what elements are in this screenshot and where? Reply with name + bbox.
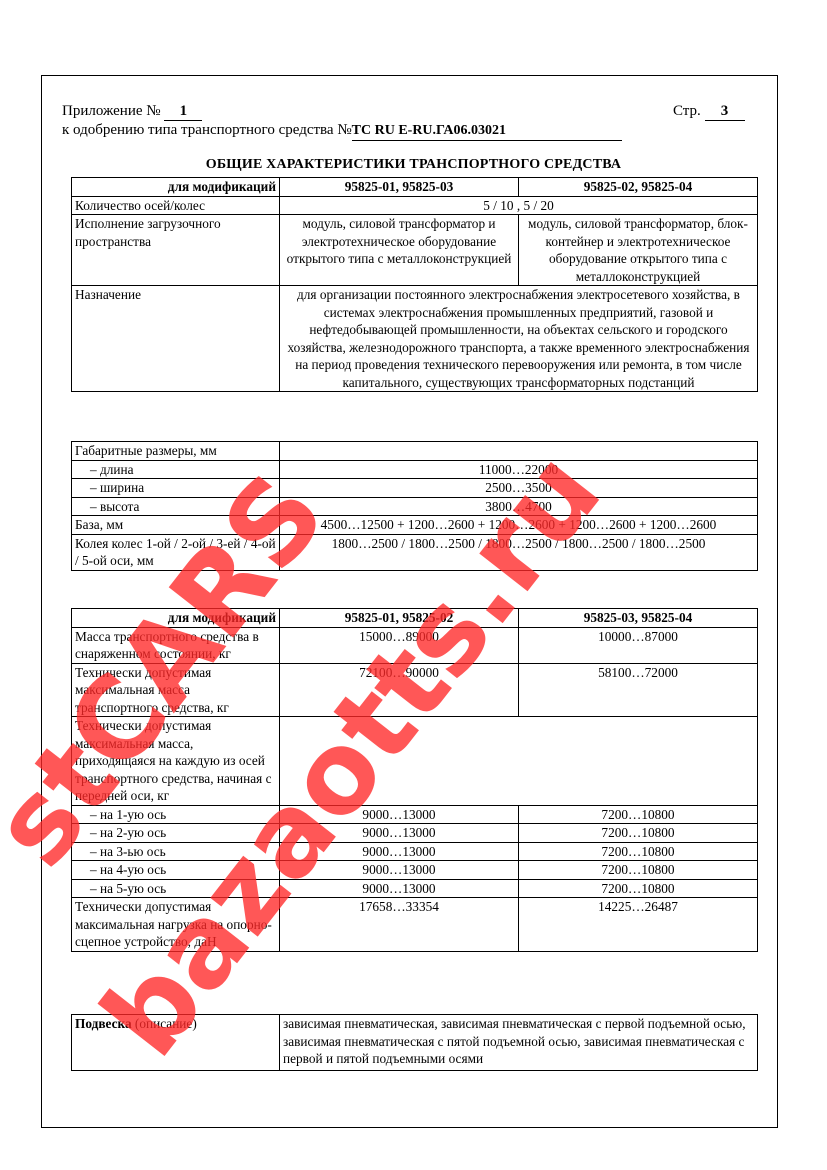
row-value: 58100…72000 xyxy=(519,663,758,717)
row-label: – на 5-ую ось xyxy=(72,879,280,898)
table-row: Исполнение загрузочного пространства мод… xyxy=(72,215,758,286)
row-label: База, мм xyxy=(72,516,280,535)
dimensions-table: Габаритные размеры, мм – длина 11000…220… xyxy=(71,441,758,571)
row-value: 2500…3500 xyxy=(280,479,758,498)
row-value: 7200…10800 xyxy=(519,824,758,843)
row-label: Подвеска (описание) xyxy=(72,1015,280,1071)
row-value: 9000…13000 xyxy=(280,879,519,898)
table-row: Назначение для организации постоянного э… xyxy=(72,286,758,392)
row-label: – на 4-ую ось xyxy=(72,861,280,880)
row-label: Технически допустимая максимальная масса… xyxy=(72,717,280,806)
page-line: Стр. 3 xyxy=(673,102,745,121)
row-value: 7200…10800 xyxy=(519,879,758,898)
row-value: 7200…10800 xyxy=(519,861,758,880)
row-label: Назначение xyxy=(72,286,280,392)
row-value: 9000…13000 xyxy=(280,842,519,861)
table-row: Колея колес 1-ой / 2-ой / 3-ей / 4-ой / … xyxy=(72,534,758,570)
row-value: для организации постоянного электроснабж… xyxy=(280,286,758,392)
row-label: – высота xyxy=(72,497,280,516)
table-row: Количество осей/колес 5 / 10 , 5 / 20 xyxy=(72,196,758,215)
mass-table: для модификаций 95825-01, 95825-02 95825… xyxy=(71,608,758,952)
row-value: 9000…13000 xyxy=(280,824,519,843)
table-header-row: для модификаций 95825-01, 95825-02 95825… xyxy=(72,609,758,628)
approval-label: к одобрению типа транспортного средства … xyxy=(62,122,352,138)
suspension-label-bold: Подвеска xyxy=(75,1016,132,1031)
header-cell: 95825-01, 95825-03 xyxy=(280,178,519,197)
row-label: Габаритные размеры, мм xyxy=(72,442,280,461)
row-value: 9000…13000 xyxy=(280,861,519,880)
table-row: – ширина 2500…3500 xyxy=(72,479,758,498)
table-header-row: для модификаций 95825-01, 95825-03 95825… xyxy=(72,178,758,197)
table-row: – на 1-ую ось 9000…13000 7200…10800 xyxy=(72,805,758,824)
table-row: Технически допустимая максимальная масса… xyxy=(72,663,758,717)
page-label: Стр. xyxy=(673,103,701,119)
row-label: Технически допустимая максимальная нагру… xyxy=(72,898,280,952)
row-value: 1800…2500 / 1800…2500 / 1800…2500 / 1800… xyxy=(280,534,758,570)
table-row: – длина 11000…22000 xyxy=(72,460,758,479)
row-value: 4500…12500 + 1200…2600 + 1200…2600 + 120… xyxy=(280,516,758,535)
row-label: Технически допустимая максимальная масса… xyxy=(72,663,280,717)
approval-number: ТС RU E-RU.ГА06.03021 xyxy=(352,122,622,141)
suspension-label-rest: (описание) xyxy=(132,1016,197,1031)
table-row: – на 5-ую ось 9000…13000 7200…10800 xyxy=(72,879,758,898)
row-value: 15000…89000 xyxy=(280,627,519,663)
row-label: Количество осей/колес xyxy=(72,196,280,215)
row-value: 72100…90000 xyxy=(280,663,519,717)
appendix-label: Приложение № xyxy=(62,103,161,119)
row-value: 10000…87000 xyxy=(519,627,758,663)
row-label: – длина xyxy=(72,460,280,479)
table-row: Технически допустимая максимальная масса… xyxy=(72,717,758,806)
row-label: – на 2-ую ось xyxy=(72,824,280,843)
row-value: 14225…26487 xyxy=(519,898,758,952)
table-row: База, мм 4500…12500 + 1200…2600 + 1200…2… xyxy=(72,516,758,535)
appendix-number: 1 xyxy=(164,102,202,121)
table-row: – высота 3800…4700 xyxy=(72,497,758,516)
row-value: зависимая пневматическая, зависимая пнев… xyxy=(280,1015,758,1071)
row-value xyxy=(280,717,758,806)
table-row: Подвеска (описание) зависимая пневматиче… xyxy=(72,1015,758,1071)
row-value: 17658…33354 xyxy=(280,898,519,952)
table-row: – на 3-ью ось 9000…13000 7200…10800 xyxy=(72,842,758,861)
table-row: – на 4-ую ось 9000…13000 7200…10800 xyxy=(72,861,758,880)
row-label: Исполнение загрузочного пространства xyxy=(72,215,280,286)
table-row: Технически допустимая максимальная нагру… xyxy=(72,898,758,952)
row-value: 5 / 10 , 5 / 20 xyxy=(280,196,758,215)
row-value xyxy=(280,442,758,461)
header-cell: для модификаций xyxy=(72,178,280,197)
header-cell: 95825-02, 95825-04 xyxy=(519,178,758,197)
row-value: 7200…10800 xyxy=(519,805,758,824)
row-value: 3800…4700 xyxy=(280,497,758,516)
row-label: – на 1-ую ось xyxy=(72,805,280,824)
row-label: Масса транспортного средства в снаряженн… xyxy=(72,627,280,663)
general-table: для модификаций 95825-01, 95825-03 95825… xyxy=(71,177,758,392)
row-label: – ширина xyxy=(72,479,280,498)
approval-line: к одобрению типа транспортного средства … xyxy=(62,121,622,141)
row-value: 9000…13000 xyxy=(280,805,519,824)
header-cell: 95825-03, 95825-04 xyxy=(519,609,758,628)
row-value: модуль, силовой трансформатор и электрот… xyxy=(280,215,519,286)
page-number: 3 xyxy=(705,102,745,121)
page-title: ОБЩИЕ ХАРАКТЕРИСТИКИ ТРАНСПОРТНОГО СРЕДС… xyxy=(0,157,827,173)
row-label: – на 3-ью ось xyxy=(72,842,280,861)
table-row: – на 2-ую ось 9000…13000 7200…10800 xyxy=(72,824,758,843)
row-value: 7200…10800 xyxy=(519,842,758,861)
table-row: Масса транспортного средства в снаряженн… xyxy=(72,627,758,663)
row-value: модуль, силовой трансформатор, блок-конт… xyxy=(519,215,758,286)
appendix-line: Приложение № 1 xyxy=(62,102,202,121)
row-label: Колея колес 1-ой / 2-ой / 3-ей / 4-ой / … xyxy=(72,534,280,570)
suspension-table: Подвеска (описание) зависимая пневматиче… xyxy=(71,1014,758,1071)
row-value: 11000…22000 xyxy=(280,460,758,479)
header-cell: 95825-01, 95825-02 xyxy=(280,609,519,628)
table-row: Габаритные размеры, мм xyxy=(72,442,758,461)
header-cell: для модификаций xyxy=(72,609,280,628)
